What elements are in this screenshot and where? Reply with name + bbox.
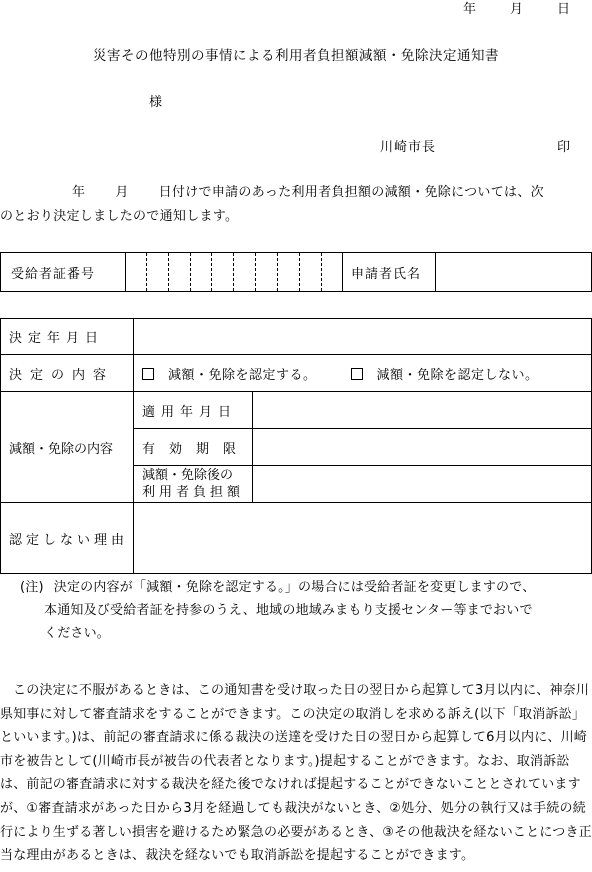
issue-date-year: 年	[463, 0, 476, 17]
intro-text-1: 日付けで申請のあった利用者負担額の減額・免除については、次	[159, 185, 544, 200]
applicant-table: 受給者証番号 申請者氏名	[0, 252, 592, 292]
intro-year: 年	[72, 185, 85, 200]
after-amount-label: 減額・免除後の 利用者負担額	[134, 466, 253, 503]
recipient-number-digit-7[interactable]	[256, 253, 278, 292]
recipient-number-digit-5[interactable]	[212, 253, 234, 292]
decision-date-field[interactable]	[134, 319, 592, 355]
approve-option-label: 減額・免除を認定する。	[168, 368, 317, 383]
issue-date-month: 月	[510, 0, 523, 17]
recipient-number-label: 受給者証番号	[1, 253, 126, 292]
recipient-number-digit-8[interactable]	[278, 253, 300, 292]
appeal-paragraph: この決定に不服があるときは、この通知書を受け取った日の翌日から起算して3月以内に…	[0, 679, 592, 868]
note-prefix: (注)	[20, 580, 44, 595]
recipient-number-digit-9[interactable]	[300, 253, 322, 292]
sender-name: 川崎市長	[380, 136, 436, 155]
note-line-3: ください。	[20, 622, 590, 645]
recipient-number-digit-4[interactable]	[191, 253, 212, 292]
issue-date: 年月日	[463, 0, 570, 17]
reject-reason-label: 認定しない理由	[1, 503, 134, 574]
reduction-content-label: 減額・免除の内容	[1, 392, 134, 503]
recipient-number-digit-10[interactable]	[322, 253, 343, 292]
valid-period-label: 有効期限	[134, 429, 253, 466]
recipient-number-digit-6[interactable]	[234, 253, 256, 292]
applicant-name-label: 申請者氏名	[343, 253, 436, 292]
decision-table: 決定年月日 決定の内容 減額・免除を認定する。減額・免除を認定しない。 減額・免…	[0, 318, 592, 574]
after-amount-label-line2: 利用者負担額	[142, 484, 252, 501]
note-line-2: 本通知及び受給者証を持参のうえ、地域の地域みまもり支援センター等までおいで	[20, 599, 590, 622]
decision-content-options: 減額・免除を認定する。減額・免除を認定しない。	[134, 355, 592, 392]
reject-reason-field[interactable]	[134, 503, 592, 574]
apply-date-label: 適用年月日	[134, 392, 253, 429]
addressee-suffix: 様	[149, 91, 162, 110]
note-section: (注)決定の内容が「減額・免除を認定する。」の場合には受給者証を変更しますので、…	[20, 576, 590, 645]
apply-date-field[interactable]	[253, 392, 592, 429]
intro-month: 月	[115, 185, 128, 200]
approve-checkbox[interactable]	[142, 368, 154, 380]
valid-period-field[interactable]	[253, 429, 592, 466]
issue-date-day: 日	[557, 0, 570, 17]
intro-paragraph: 年月日付けで申請のあった利用者負担額の減額・免除については、次 のとおり決定しま…	[0, 181, 592, 229]
decision-date-label: 決定年月日	[1, 319, 134, 355]
recipient-number-digit-3[interactable]	[169, 253, 191, 292]
note-line-1: 決定の内容が「減額・免除を認定する。」の場合には受給者証を変更しますので、	[54, 580, 536, 595]
decision-content-label: 決定の内容	[1, 355, 134, 392]
document-title: 災害その他特別の事情による利用者負担額減額・免除決定通知書	[0, 44, 592, 64]
after-amount-label-line1: 減額・免除後の	[142, 467, 252, 484]
seal-mark: 印	[557, 136, 570, 155]
reject-option-label: 減額・免除を認定しない。	[377, 368, 539, 383]
after-amount-field[interactable]	[253, 466, 592, 503]
reject-checkbox[interactable]	[351, 368, 363, 380]
intro-text-2: のとおり決定しましたので通知します。	[0, 205, 592, 229]
applicant-name-field[interactable]	[436, 253, 592, 292]
recipient-number-digit-2[interactable]	[147, 253, 169, 292]
recipient-number-digit-1[interactable]	[126, 253, 147, 292]
